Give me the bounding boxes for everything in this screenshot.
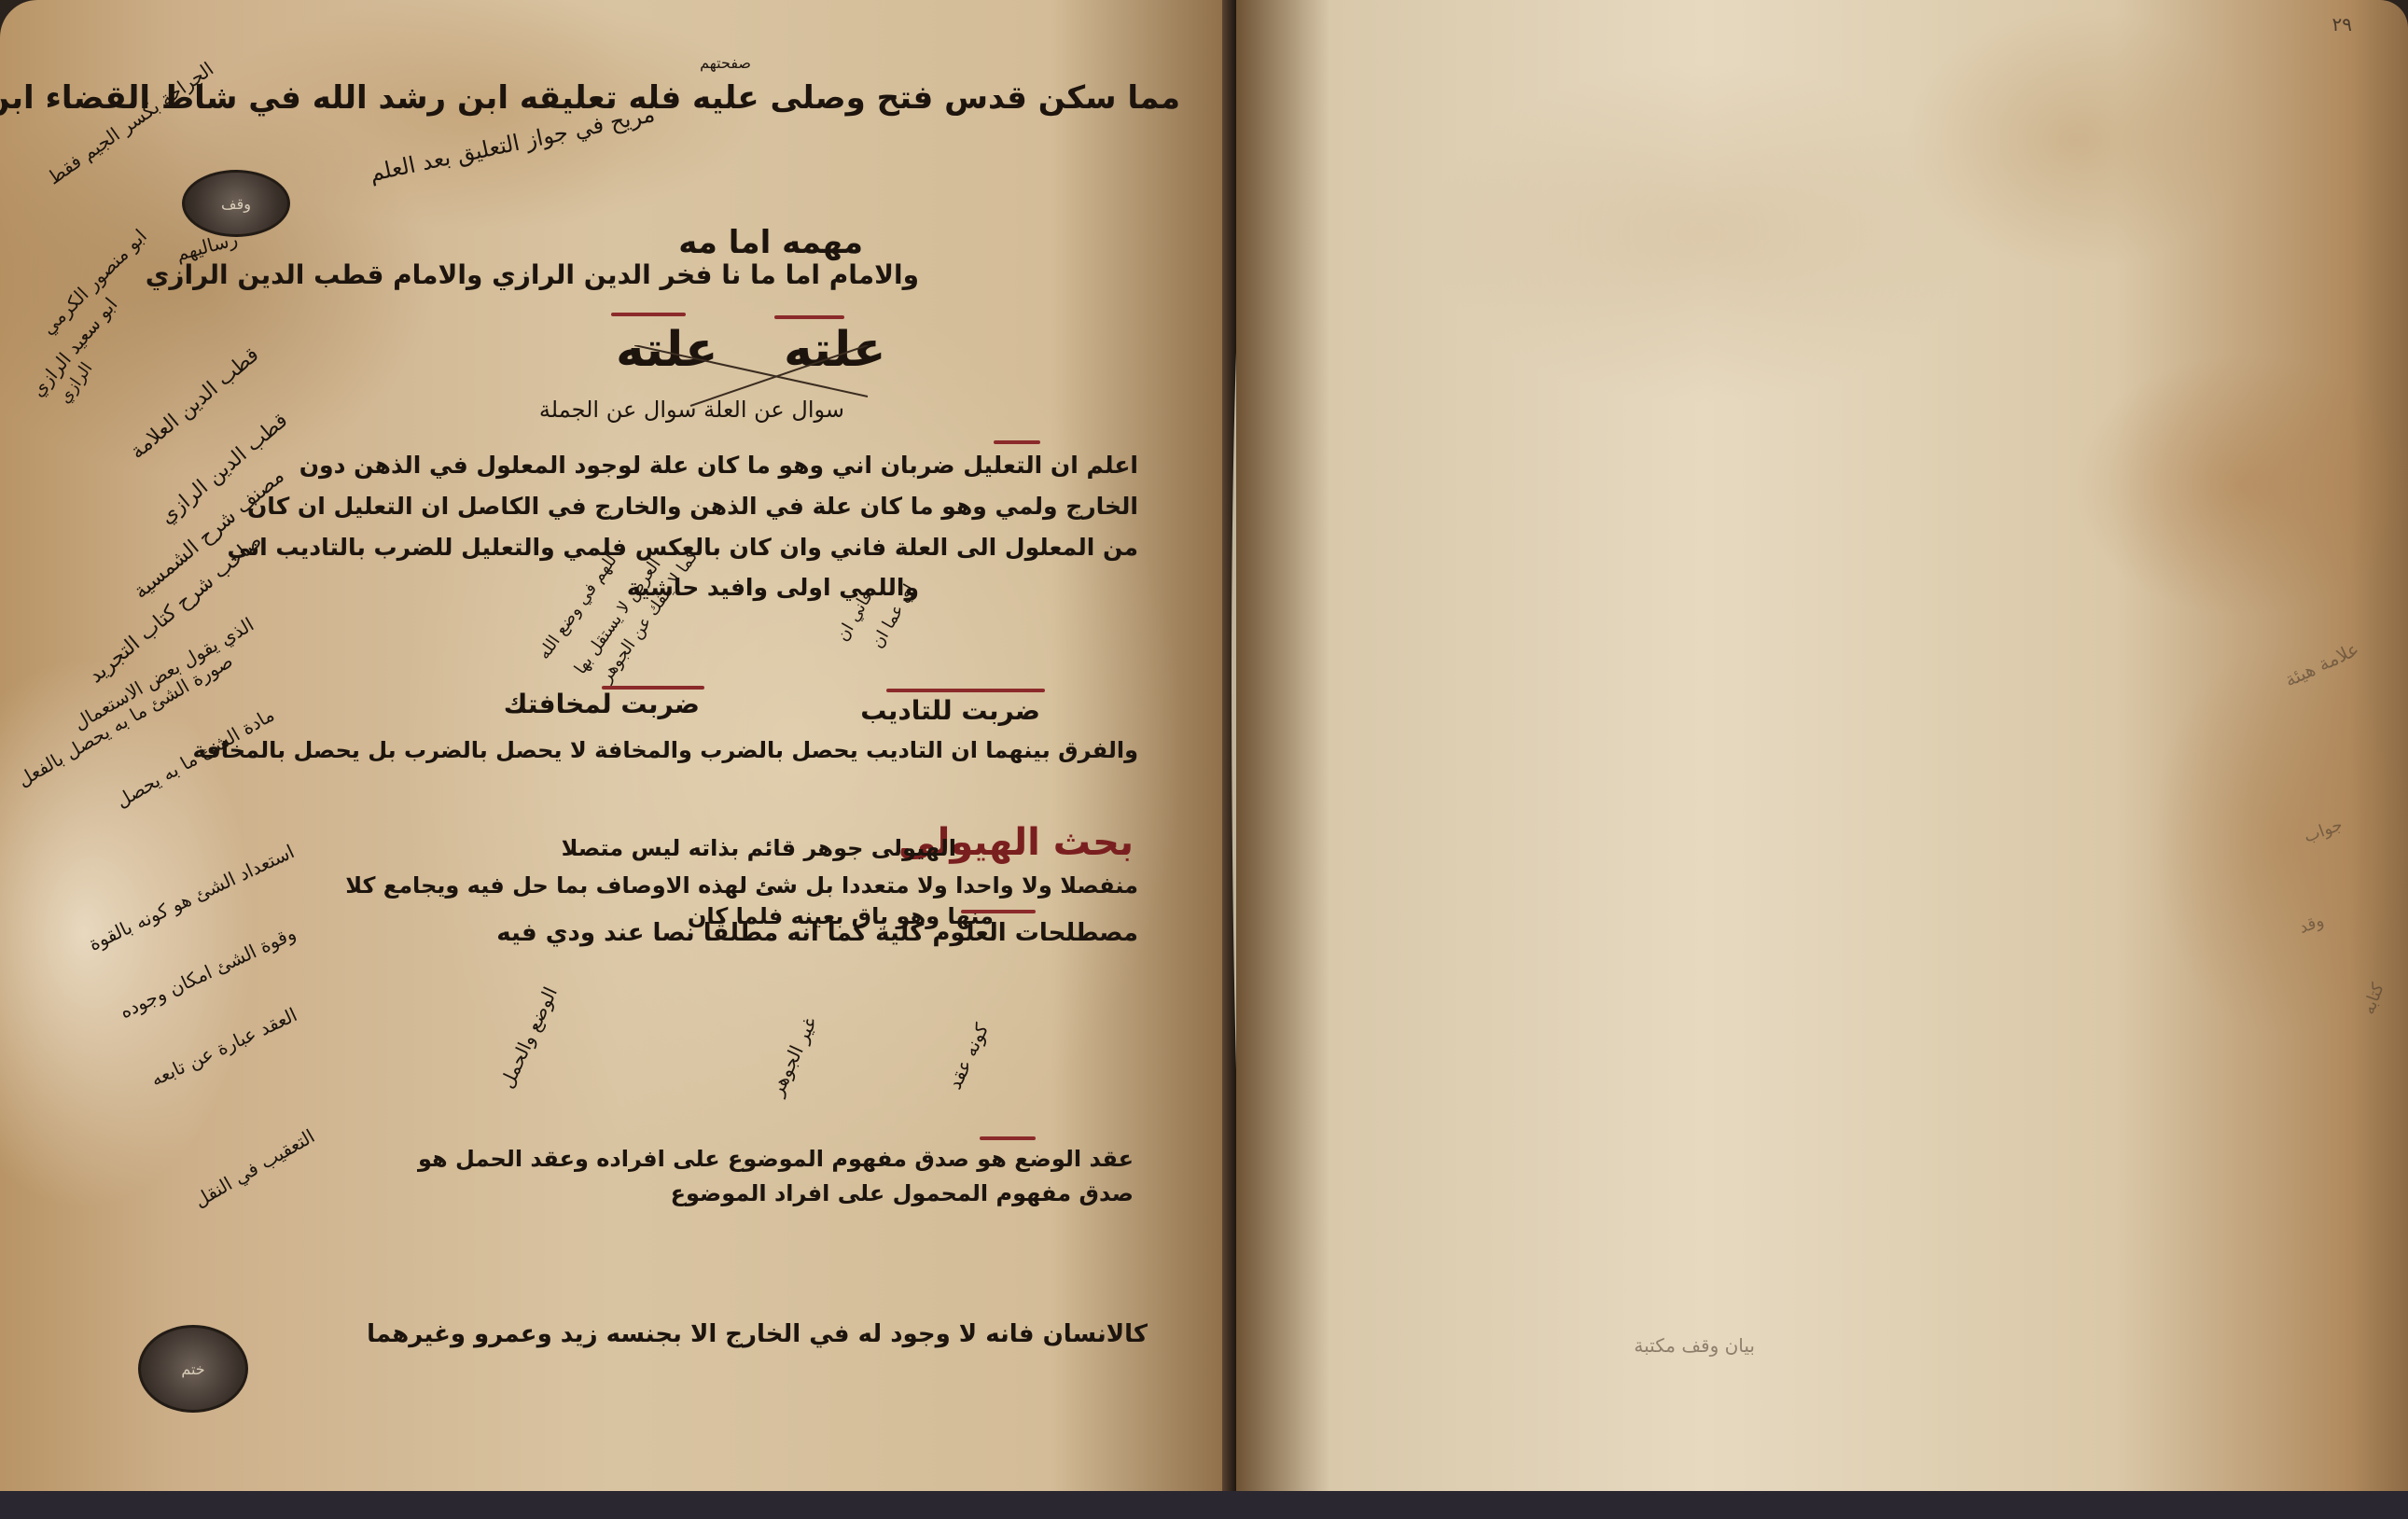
faint-margin-note: جواب <box>2301 815 2345 846</box>
seal-text: ختم <box>181 1360 204 1378</box>
gloss: الوضع والحمل <box>495 983 562 1092</box>
heading-line-1: مهمه اما مه <box>678 224 863 261</box>
margin-note: التعقيب في النقل <box>190 1124 319 1211</box>
rubric-bar <box>980 1136 1036 1140</box>
margin-note: الجراحة بكسر الجيم فقط <box>43 58 217 189</box>
faint-margin-note: علامة هيئة <box>2281 637 2362 691</box>
margin-note: وقوة الشئ امكان وجوده <box>116 922 299 1023</box>
text-line: صدق مفهوم المحمول على افراد الموضوع <box>671 1180 1134 1206</box>
gloss: كونه عقد <box>943 1020 993 1093</box>
ownership-seal-bottom: ختم <box>138 1325 248 1413</box>
faint-footer-text: بيان وقف مكتبة <box>1634 1334 1755 1357</box>
manuscript-spread: مما سكن قدس فتح وصلى عليه فله تعليقه ابن… <box>0 0 2408 1519</box>
rubric-bar <box>961 910 1036 913</box>
text-line: عقد الوضع هو صدق مفهوم الموضوع على افراد… <box>418 1146 1134 1172</box>
subheading: ضربت للتاديب <box>860 695 1040 726</box>
text-line: الخارج ولمي وهو ما كان علة في الذهن والخ… <box>247 493 1138 520</box>
ownership-seal-top: وقف <box>182 170 290 237</box>
folio-number: ٢٩ <box>2332 13 2352 35</box>
text-line: اعلم ان التعليل ضربان اني وهو ما كان علة… <box>299 452 1138 479</box>
paragraph-2: والفرق بينهما ان التاديب يحصل بالضرب وال… <box>192 737 1138 763</box>
rubric-bar <box>994 440 1040 444</box>
header-sup: صفحتهم <box>700 54 751 72</box>
faint-margin-note: كتابه <box>2359 981 2387 1017</box>
diagram-caption: سوال عن العلة سوال عن الجملة <box>539 397 844 423</box>
gloss: غير الجوهر <box>765 1013 821 1099</box>
rubric-bar <box>611 313 686 316</box>
margin-note: صورة الشئ ما به يحصل بالفعل <box>13 649 236 791</box>
rubric-bar <box>886 689 1045 692</box>
right-page: ٢٩ علامة هيئة جواب وقد كتابه بيان وقف مك… <box>1236 0 2408 1519</box>
subheading: ضربت لمخافتك <box>504 689 700 719</box>
heading-line-2: والامام اما ما نا فخر الدين الرازي والام… <box>146 259 919 290</box>
paragraph-4: مصطلحات العلوم كلية كما انه مطلقا نصا عن… <box>496 919 1138 947</box>
text-line: منفصلا ولا واحدا ولا متعددا بل شئ لهذه ا… <box>345 872 1138 899</box>
closing-line: كالانسان فانه لا وجود له في الخارج الا ب… <box>367 1320 1148 1348</box>
text-line: الهيولى جوهر قائم بذاته ليس متصلا <box>562 835 956 861</box>
margin-note: العقد عبارة عن تابعه <box>147 1003 300 1091</box>
faint-margin-note: وقد <box>2296 911 2326 938</box>
seal-text: وقف <box>221 195 251 213</box>
left-page: مما سكن قدس فتح وصلى عليه فله تعليقه ابن… <box>0 0 1236 1519</box>
rubric-bar <box>774 315 844 319</box>
table-surface <box>0 1491 2408 1519</box>
